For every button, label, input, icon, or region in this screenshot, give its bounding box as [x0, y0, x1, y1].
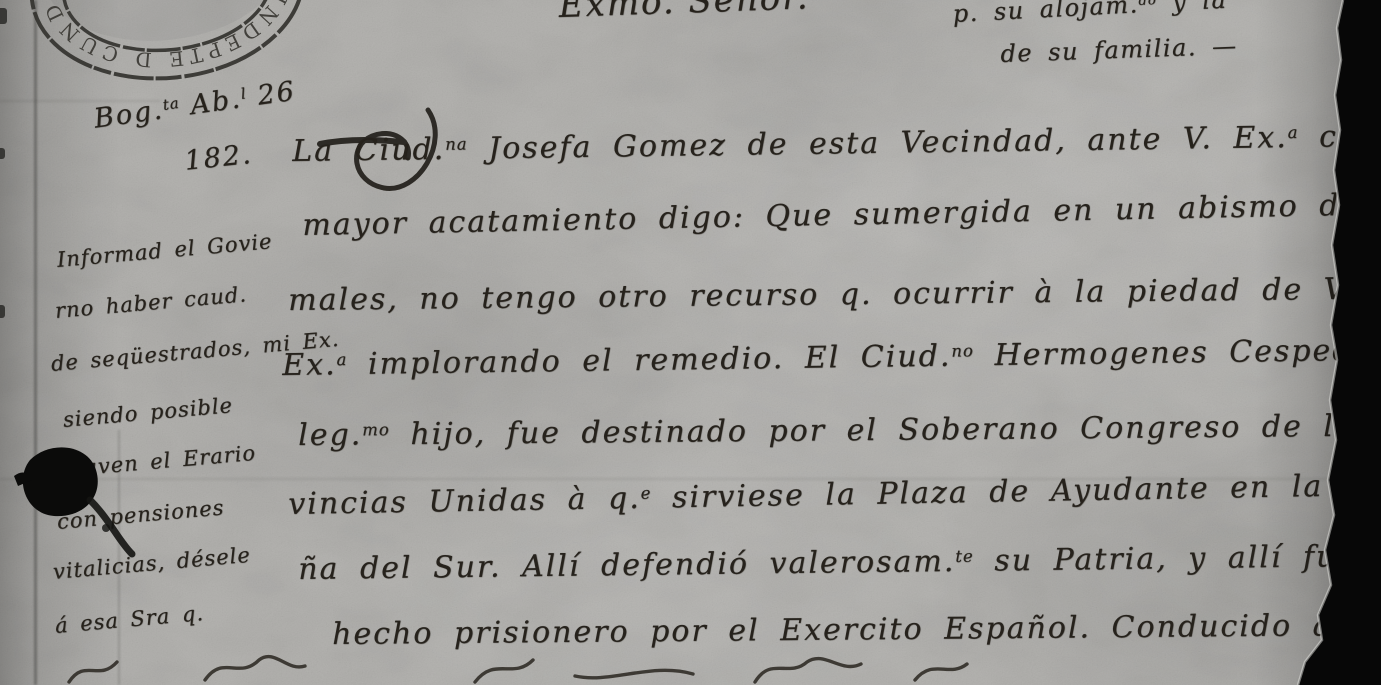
torn-paper-edge — [0, 0, 1381, 685]
manuscript-page: INDEPTE D CUNDINCA Exmo. Señor. p. su al… — [0, 0, 1381, 685]
